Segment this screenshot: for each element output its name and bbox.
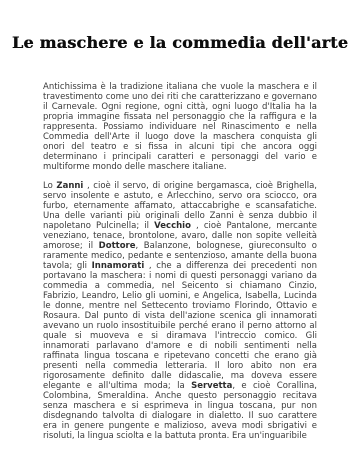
paragraph-maschere: Lo Zanni , cioè il servo, di origine ber… [43,181,317,441]
document-page: Le maschere e la commedia dell'arte Anti… [0,0,360,466]
document-body: Antichissima è la tradizione italiana ch… [43,82,317,441]
page-title: Le maschere e la commedia dell'arte [0,0,360,53]
paragraph-intro: Antichissima è la tradizione italiana ch… [43,82,317,172]
